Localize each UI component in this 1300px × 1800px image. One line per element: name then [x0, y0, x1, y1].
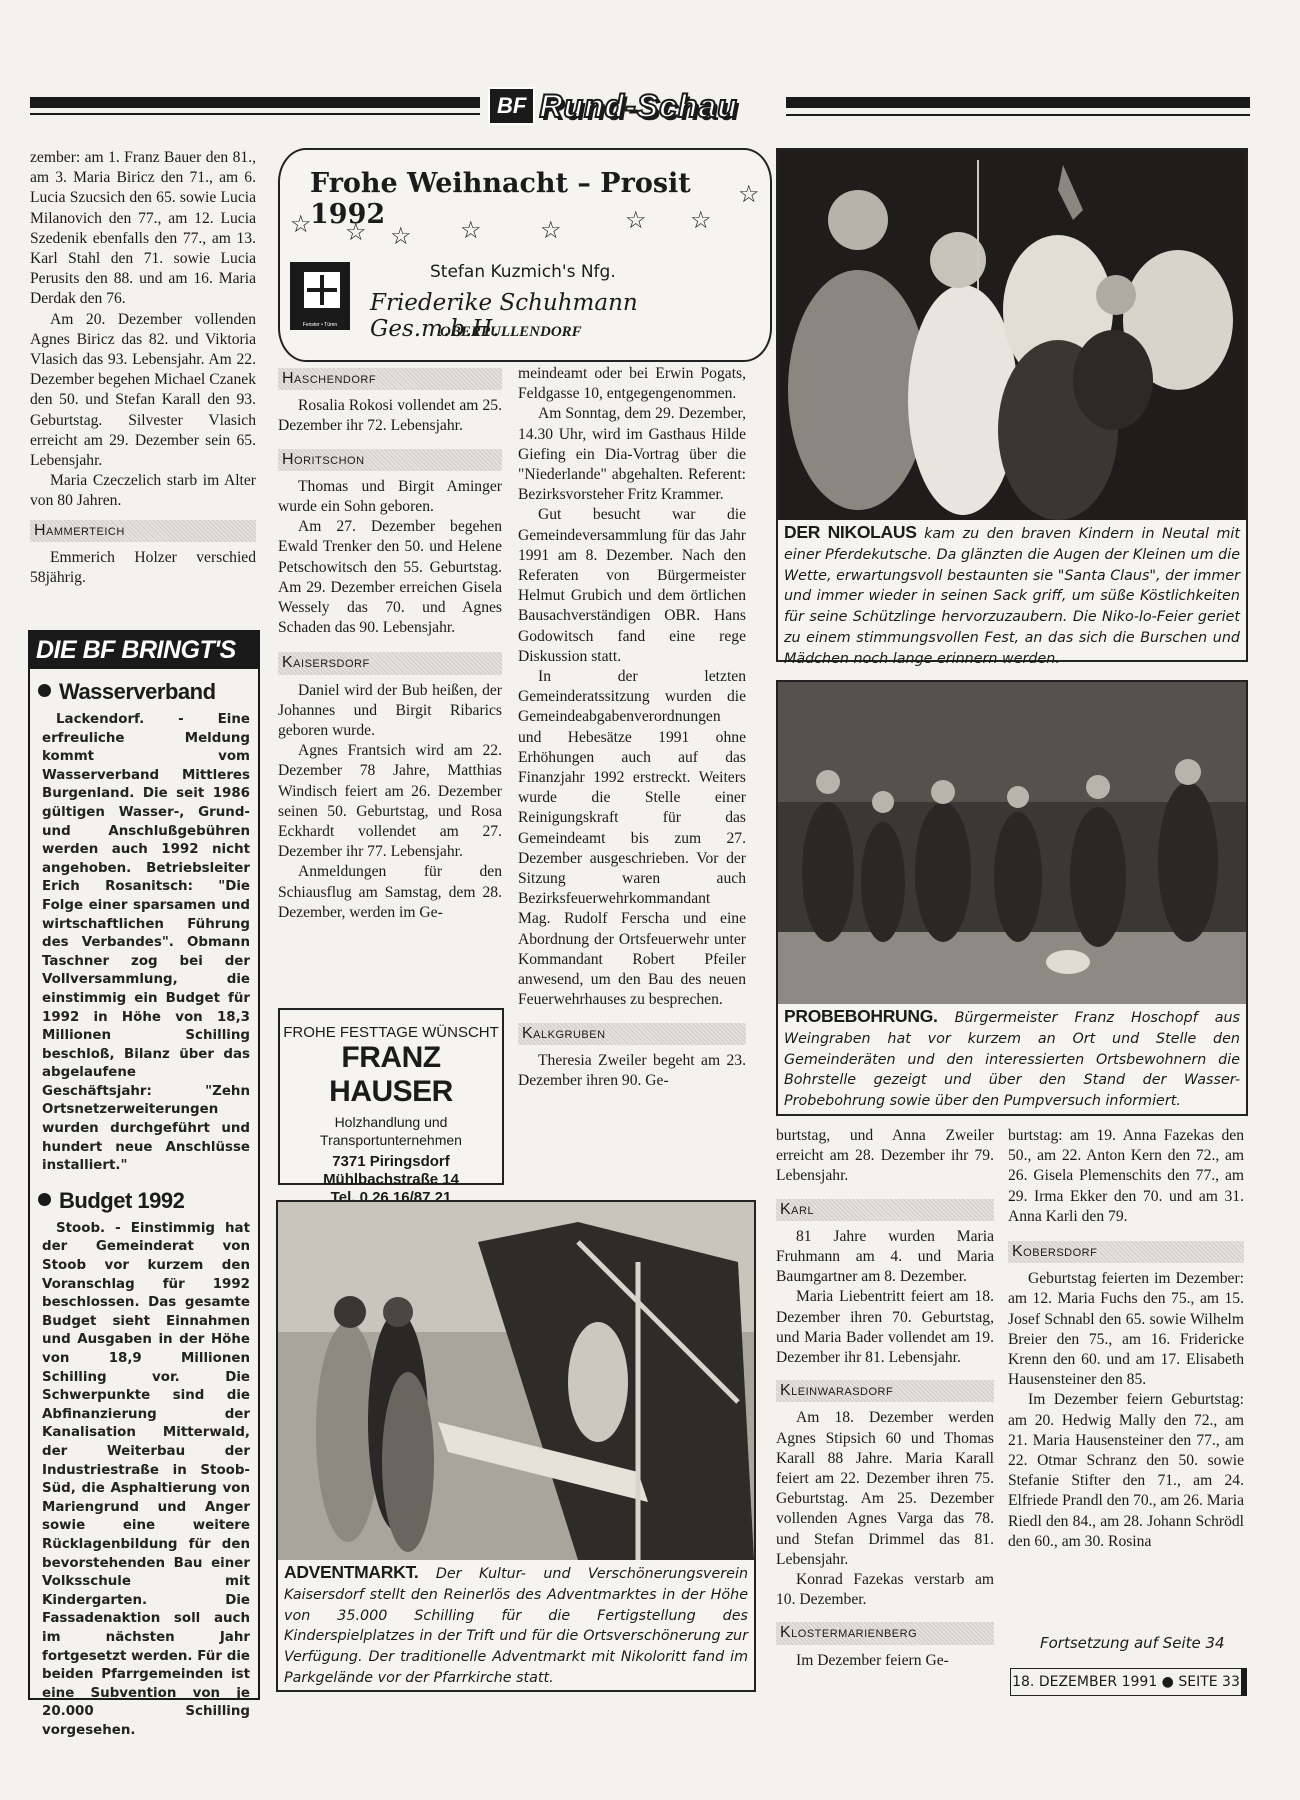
article-paragraph: Daniel wird der Bub heißen, der Johannes…: [278, 681, 502, 742]
column-3: meindeamt oder bei Erwin Pogats, Feldgas…: [518, 364, 746, 1091]
news-item-title: Budget 1992: [38, 1188, 258, 1214]
article-paragraph: meindeamt oder bei Erwin Pogats, Feldgas…: [518, 364, 746, 404]
section-heading-karl: Karl: [776, 1199, 994, 1221]
article-paragraph: Im Dezember feiern Geburtstag: am 20. He…: [1008, 1390, 1244, 1552]
column-5: burtstag: am 19. Anna Fazekas den 50., a…: [1008, 1126, 1244, 1552]
star-icon: ☆: [290, 210, 312, 239]
star-icon: ☆: [390, 222, 412, 251]
photo-caption: PROBEBOHRUNG. Bürgermeister Franz Hoscho…: [784, 1006, 1240, 1112]
advert-franz-hauser: FROHE FESTTAGE WÜNSCHT FRANZ HAUSER Holz…: [278, 1008, 504, 1185]
article-paragraph: Agnes Frantsich wird am 22. Dezember 78 …: [278, 741, 502, 862]
star-icon: ☆: [540, 216, 562, 245]
column-1: zember: am 1. Franz Bauer den 81., am 3.…: [30, 148, 256, 588]
star-icon: ☆: [738, 180, 760, 209]
article-paragraph: Thomas und Birgit Aminger wurde ein Sohn…: [278, 477, 502, 517]
photo-caption: DER NIKOLAUS kam zu den braven Kindern i…: [784, 522, 1240, 670]
star-icon: ☆: [690, 206, 712, 235]
section-heading-klostermarienberg: Klostermarienberg: [776, 1622, 994, 1644]
article-paragraph: Anmeldungen für den Schiausflug am Samst…: [278, 862, 502, 923]
advert-location: OBERPULLENDORF: [440, 324, 582, 341]
article-paragraph: zember: am 1. Franz Bauer den 81., am 3.…: [30, 148, 256, 310]
photo-probebohrung: PROBEBOHRUNG. Bürgermeister Franz Hoscho…: [776, 680, 1248, 1116]
article-paragraph: 81 Jahre wurden Maria Fruhmann am 4. und…: [776, 1227, 994, 1288]
masthead-rule-right-thin: [786, 114, 1250, 116]
masthead-logo: BF Rund-Schau: [490, 86, 738, 126]
article-paragraph: Konrad Fazekas verstarb am 10. Dezember.: [776, 1570, 994, 1610]
column-4: burtstag, und Anna Zweiler erreicht am 2…: [776, 1126, 994, 1671]
article-paragraph: Gut besucht war die Gemeindeversammlung …: [518, 505, 746, 667]
article-paragraph: burtstag, und Anna Zweiler erreicht am 2…: [776, 1126, 994, 1187]
masthead-title: Rund-Schau: [539, 88, 737, 125]
window-logo-icon: Fenster • Türen: [290, 262, 350, 330]
section-heading-kleinwarasdorf: Kleinwarasdorf: [776, 1380, 994, 1402]
photo-caption: ADVENTMARKT. Der Kultur- und Verschöneru…: [284, 1562, 748, 1689]
photo-nikolaus: DER NIKOLAUS kam zu den braven Kindern i…: [776, 148, 1248, 662]
section-heading-kobersdorf: Kobersdorf: [1008, 1241, 1244, 1263]
masthead-rule-left-thin: [30, 113, 480, 115]
bf-bringts-header: DIE BF BRINGT'S: [30, 632, 258, 669]
photo-adventmarkt-image: [278, 1202, 754, 1560]
continuation-note: Fortsetzung auf Seite 34: [1040, 1634, 1225, 1652]
section-heading-kaisersdorf: Kaisersdorf: [278, 652, 502, 674]
article-paragraph: Im Dezember feiern Ge-: [776, 1651, 994, 1671]
advert-greeting: FROHE FESTTAGE WÜNSCHT: [280, 1024, 502, 1041]
advert-schuhmann: Frohe Weihnacht – Prosit 1992 ☆ ☆ ☆ ☆ ☆ …: [278, 148, 772, 362]
bullet-icon: [38, 1193, 51, 1206]
column-2: Haschendorf Rosalia Rokosi vollendet am …: [278, 368, 502, 923]
article-paragraph: Am 27. Dezember begehen Ewald Trenker de…: [278, 517, 502, 638]
advert-business: Holzhandlung undTransportunternehmen: [280, 1113, 502, 1149]
news-item-title: Wasserverband: [38, 679, 258, 705]
article-paragraph: burtstag: am 19. Anna Fazekas den 50., a…: [1008, 1126, 1244, 1227]
article-paragraph: Geburtstag feierten im Dezember: am 12. …: [1008, 1269, 1244, 1390]
section-heading-horitschon: Horitschon: [278, 449, 502, 471]
bf-bringts-box: DIE BF BRINGT'S Wasserverband Lackendorf…: [28, 630, 260, 1700]
article-paragraph: Maria Liebentritt feiert am 18. Dezember…: [776, 1287, 994, 1368]
article-paragraph: Maria Czeczelich starb im Alter von 80 J…: [30, 471, 256, 511]
article-paragraph: Emmerich Holzer verschied 58jährig.: [30, 548, 256, 588]
bullet-icon: [38, 684, 51, 697]
advert-name: FRANZ HAUSER: [280, 1041, 502, 1109]
news-item-text: Lackendorf. - Eine erfreuliche Meldung k…: [42, 711, 250, 1176]
photo-probebohrung-image: [778, 682, 1246, 1004]
news-item-text: Stoob. - Einstimmig hat der Gemeinderat …: [42, 1220, 250, 1741]
article-paragraph: Am 18. Dezember werden Agnes Stipsich 60…: [776, 1408, 994, 1570]
photo-adventmarkt: ADVENTMARKT. Der Kultur- und Verschöneru…: [276, 1200, 756, 1692]
photo-nikolaus-image: [778, 150, 1246, 520]
article-paragraph: Am 20. Dezember vollenden Agnes Biricz d…: [30, 310, 256, 472]
article-paragraph: Theresia Zweiler begeht am 23. Dezember …: [518, 1051, 746, 1091]
article-paragraph: In der letzten Gemeinderatssitzung wurde…: [518, 667, 746, 1010]
page-footer-date: 18. DEZEMBER 1991 ● SEITE 33: [1010, 1668, 1247, 1696]
star-icon: ☆: [345, 218, 367, 247]
masthead-rule-left-thick: [30, 97, 480, 108]
article-paragraph: Am Sonntag, dem 29. Dezember, 14.30 Uhr,…: [518, 404, 746, 505]
star-icon: ☆: [625, 206, 647, 235]
advert-address: 7371 PiringsdorfMühlbachstraße 14Tel. 0 …: [280, 1153, 502, 1207]
article-paragraph: Rosalia Rokosi vollendet am 25. Dezember…: [278, 396, 502, 436]
bf-logo-box: BF: [490, 89, 533, 123]
section-heading-hammerteich: Hammerteich: [30, 520, 256, 542]
masthead-rule-right-thick: [786, 97, 1250, 108]
star-icon: ☆: [460, 216, 482, 245]
section-heading-kalkgruben: Kalkgruben: [518, 1023, 746, 1045]
section-heading-haschendorf: Haschendorf: [278, 368, 502, 390]
advert-company-line: Stefan Kuzmich's Nfg.: [430, 262, 616, 282]
